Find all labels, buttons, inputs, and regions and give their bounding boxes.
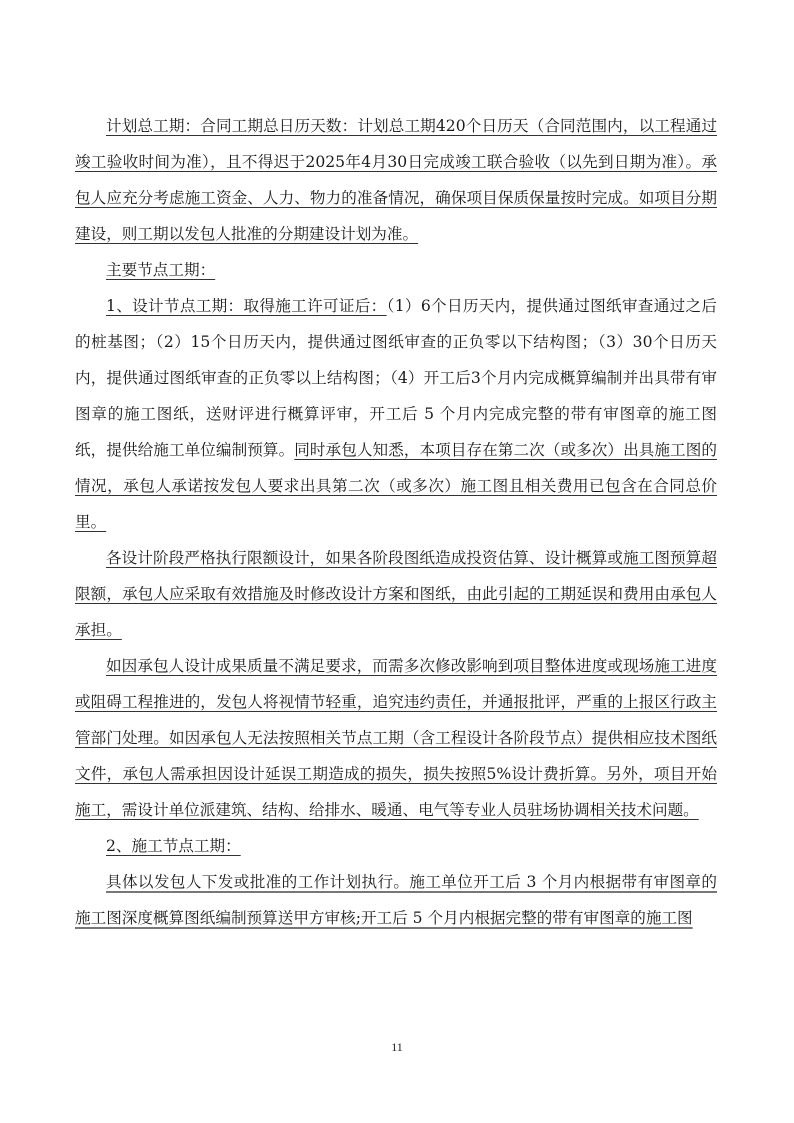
document-page: 计划总工期：合同工期总日历天数：计划总工期420个日历天（合同范围内，以工程通过…	[0, 0, 794, 1123]
paragraph-design-quality: 如因承包人设计成果质量不满足要求，而需多次修改影响到项目整体进度或现场施工进度或…	[75, 648, 717, 828]
underlined-text-run: 2、施工节点工期：	[106, 837, 241, 855]
paragraph-design-milestones: 1、设计节点工期：取得施工许可证后：（1）6个日历天内，提供通过图纸审查通过之后…	[75, 288, 717, 540]
text-run: （1）6个日历天内，提供通过图纸审查通过之后的桩基图；（2）15个日历天内，提供…	[75, 297, 717, 459]
paragraph-planned-duration: 计划总工期：合同工期总日历天数：计划总工期420个日历天（合同范围内，以工程通过…	[75, 108, 717, 252]
underlined-text-run: 如因承包人设计成果质量不满足要求，而需多次修改影响到项目整体进度或现场施工进度或…	[75, 657, 717, 819]
document-body: 计划总工期：合同工期总日历天数：计划总工期420个日历天（合同范围内，以工程通过…	[75, 108, 717, 936]
paragraph-construction-milestones-heading: 2、施工节点工期：	[75, 828, 717, 864]
underlined-text-run: 具体以发包人下发或批准的工作计划执行。施工单位开工后 3 个月内根据带有审图章的…	[75, 873, 717, 927]
underlined-text-run: 计划总工期：合同工期总日历天数：计划总工期420个日历天（合同范围内，以工程通过…	[75, 117, 717, 243]
underlined-text-run: 各设计阶段严格执行限额设计，如果各阶段图纸造成投资估算、设计概算或施工图预算超限…	[75, 549, 717, 639]
paragraph-design-limits: 各设计阶段严格执行限额设计，如果各阶段图纸造成投资估算、设计概算或施工图预算超限…	[75, 540, 717, 648]
underlined-text-run: 主要节点工期：	[106, 261, 215, 279]
page-number: 11	[0, 1040, 794, 1055]
paragraph-construction-milestones: 具体以发包人下发或批准的工作计划执行。施工单位开工后 3 个月内根据带有审图章的…	[75, 864, 717, 936]
underlined-text-run: 1、设计节点工期：取得施工许可证后：	[106, 297, 387, 315]
paragraph-main-milestones-heading: 主要节点工期：	[75, 252, 717, 288]
